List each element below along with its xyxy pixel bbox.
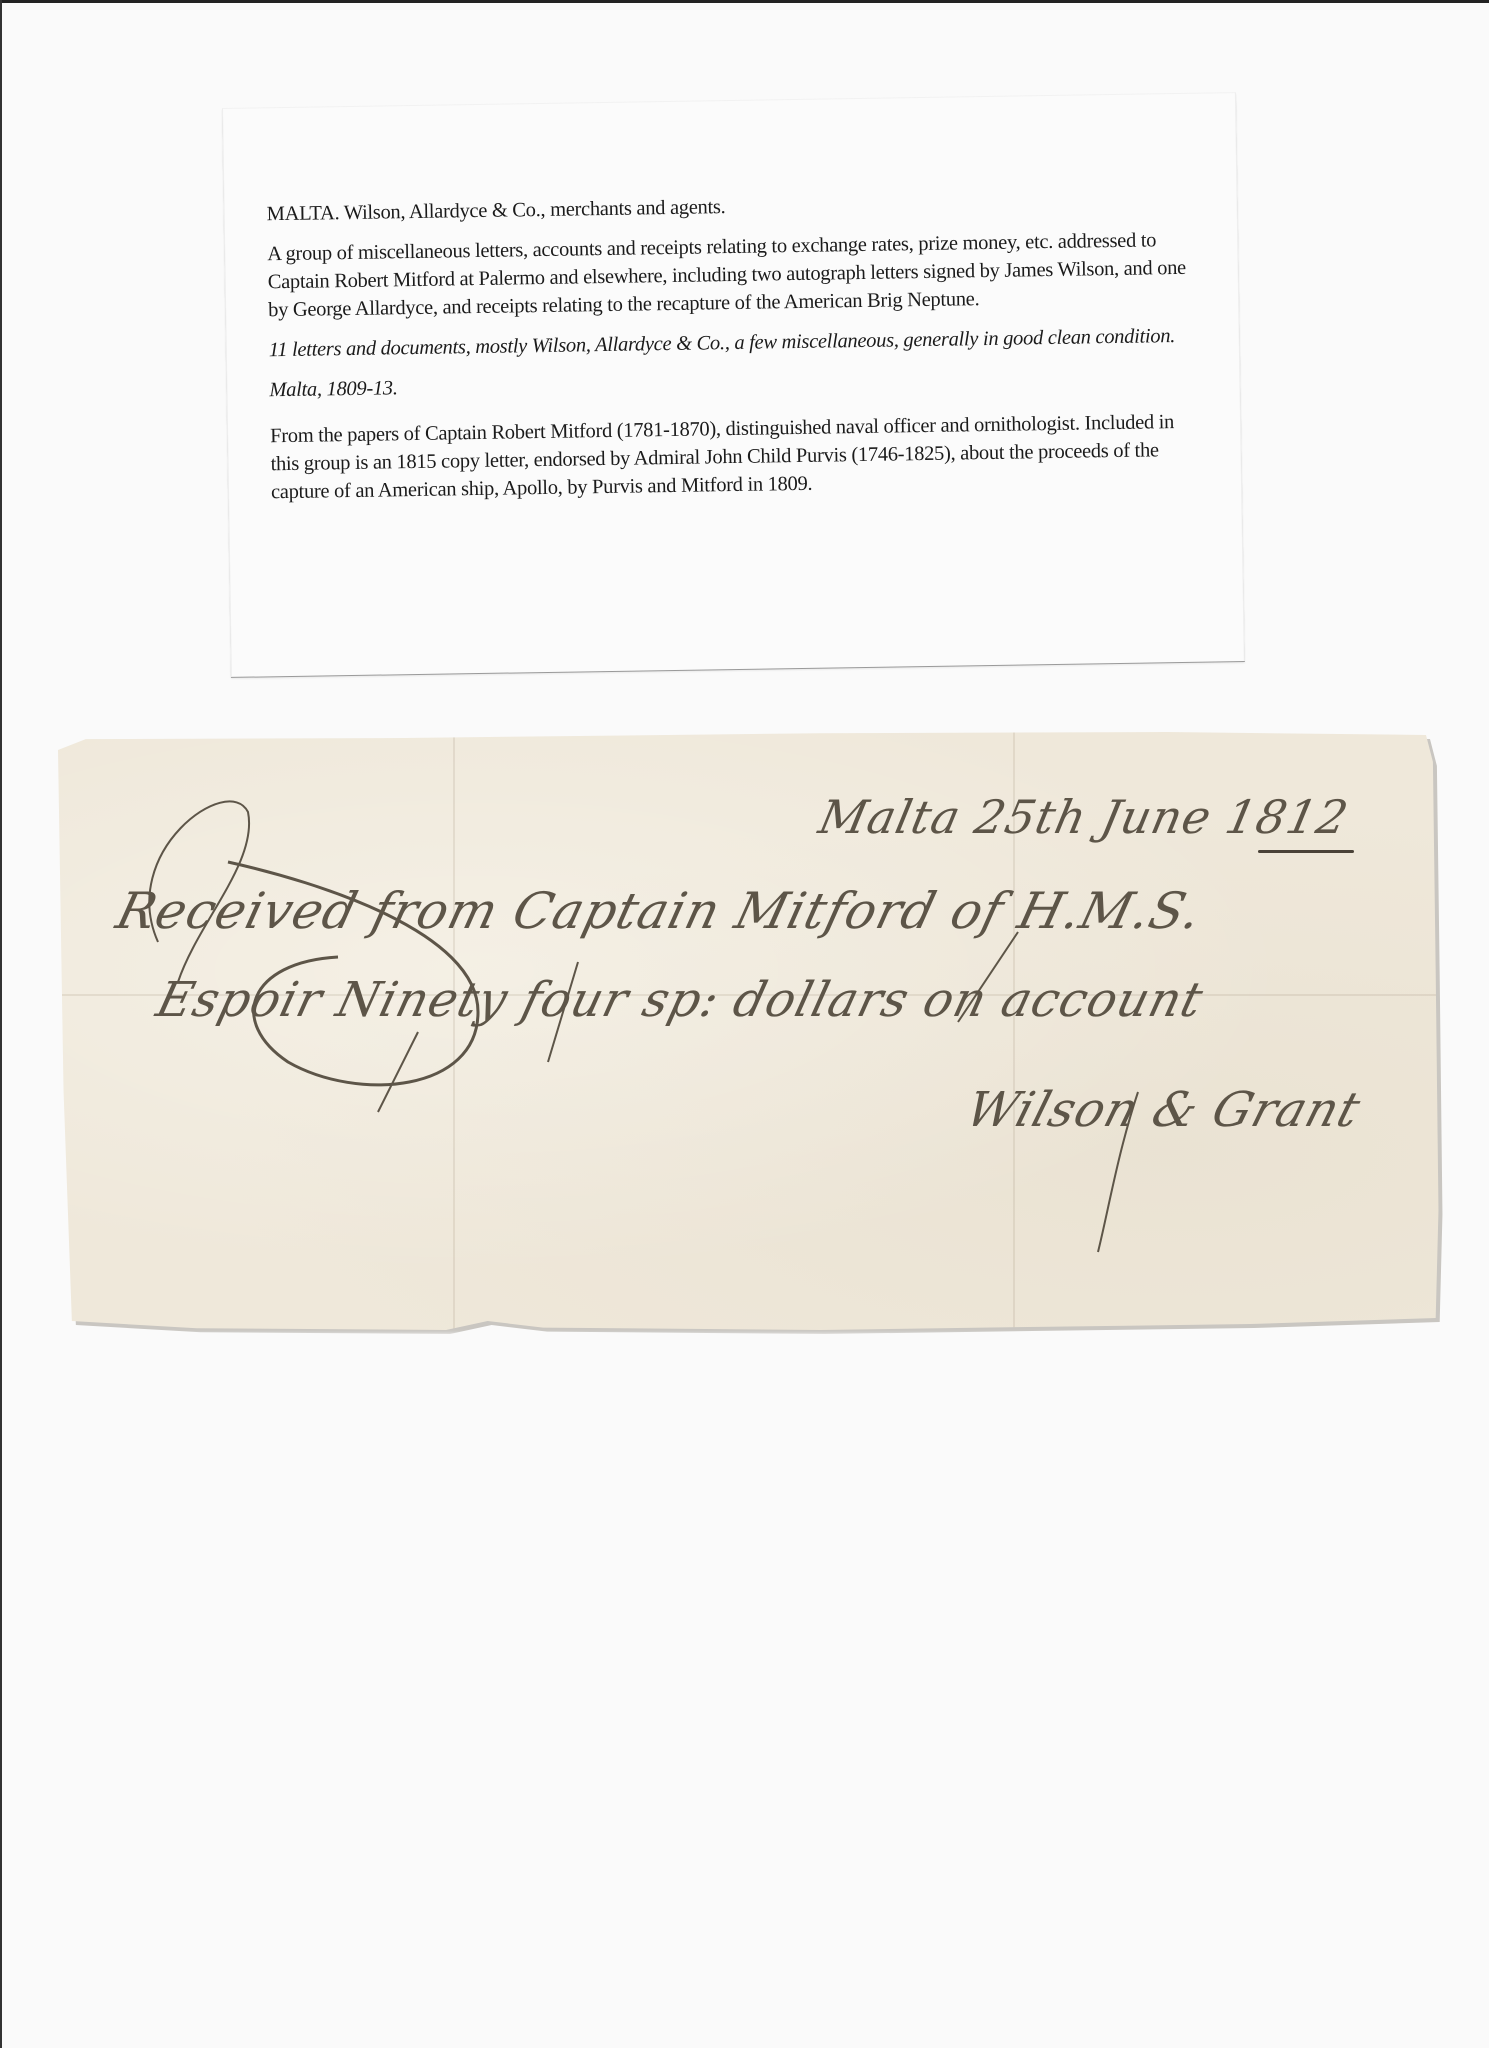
label-text-block: MALTA. Wilson, Allardyce & Co., merchant…	[266, 186, 1201, 519]
label-description: A group of miscellaneous letters, accoun…	[267, 226, 1198, 325]
receipt-line-2: Espoir Ninety four sp: dollars on accoun…	[151, 972, 1209, 1028]
scan-border	[0, 0, 1489, 3]
scan-border	[0, 0, 2, 2048]
receipt-dateline: Malta 25th June 1812	[814, 790, 1353, 844]
label-heading: MALTA. Wilson, Allardyce & Co., merchant…	[266, 186, 1196, 229]
receipt-signature: Wilson & Grant	[960, 1082, 1367, 1138]
label-extent: 11 letters and documents, mostly Wilson,…	[269, 322, 1199, 365]
date-underline	[1258, 850, 1354, 853]
handwritten-receipt: Malta 25th June 1812 Received from Capta…	[58, 732, 1444, 1330]
description-label: MALTA. Wilson, Allardyce & Co., merchant…	[222, 92, 1245, 677]
label-provenance: From the papers of Captain Robert Mitfor…	[270, 408, 1201, 507]
label-place-date: Malta, 1809-13.	[269, 362, 1199, 405]
receipt-line-1: Received from Captain Mitford of H.M.S.	[111, 882, 1208, 940]
